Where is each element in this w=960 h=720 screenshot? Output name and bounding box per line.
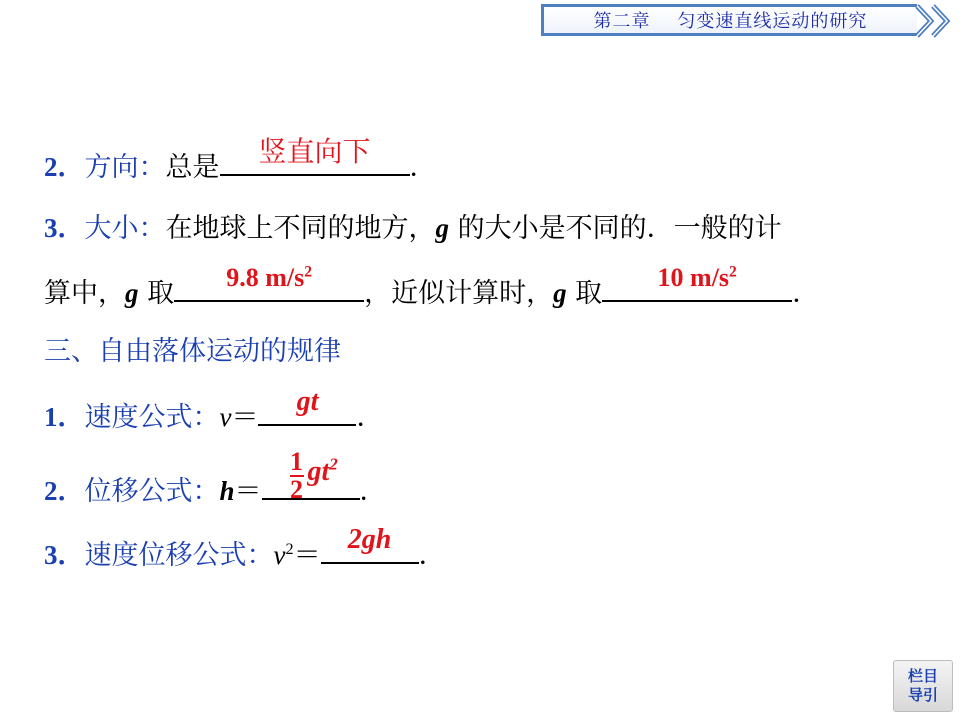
fraction-one-half: 12 <box>290 450 304 502</box>
answer-blank: 12gt2 <box>262 470 360 500</box>
item-number: 3． <box>44 540 85 570</box>
period: ． <box>410 152 437 183</box>
static-text: 在地球上不同的地方， <box>166 213 436 244</box>
answer-base: 9.8 m/s <box>226 263 304 292</box>
answer-text: 10 m/s2 <box>602 260 792 296</box>
section-nav-button[interactable]: 栏目 导引 <box>893 660 953 712</box>
symbol-g: g <box>125 278 139 308</box>
equals-sign: ＝ <box>294 540 321 571</box>
section-heading: 三、自由落体运动的规律 <box>44 334 341 370</box>
answer-blank: 竖直向下 <box>220 146 410 176</box>
chapter-header: 第二章 匀变速直线运动的研究 <box>541 4 917 36</box>
formula-velocity: 1．速度公式：v＝gt． <box>44 396 383 436</box>
answer-blank: gt <box>258 396 356 426</box>
item-label: 速度位移公式： <box>85 540 274 571</box>
answer-blank: 10 m/s2 <box>602 272 792 302</box>
exponent: 2 <box>285 540 293 558</box>
item-label: 速度公式： <box>85 402 220 433</box>
symbol-v: v <box>220 402 232 432</box>
symbol-g: g <box>553 278 567 308</box>
static-text: 算中， <box>44 278 125 309</box>
static-text: 的大小是不同的．一般的计 <box>449 213 782 244</box>
item-label: 大小： <box>85 213 166 244</box>
period: ． <box>356 402 383 433</box>
static-text: 总是 <box>166 152 220 183</box>
answer-text: 9.8 m/s2 <box>174 260 364 296</box>
item-label: 位移公式： <box>85 476 220 507</box>
answer-base: 10 m/s <box>658 263 730 292</box>
symbol-h: h <box>220 476 235 506</box>
answer-base: gt <box>308 456 330 487</box>
answer-blank: 9.8 m/s2 <box>174 272 364 302</box>
item-number: 2． <box>44 476 85 506</box>
answer-blank: 2gh <box>321 534 419 564</box>
answer-exponent: 2 <box>329 455 337 474</box>
period: ． <box>792 278 819 309</box>
double-chevron-right-icon <box>905 2 960 40</box>
answer-text: gt <box>258 384 356 420</box>
equals-sign: ＝ <box>231 402 258 433</box>
period: ． <box>360 476 387 507</box>
nav-button-line1: 栏目 <box>908 667 938 686</box>
answer-text: gt2 <box>308 454 338 490</box>
item-number: 1． <box>44 402 85 432</box>
symbol-v: v <box>274 540 286 570</box>
static-text: 取 <box>567 278 603 309</box>
formula-velocity-displacement: 3．速度位移公式：v2＝2gh． <box>44 534 446 574</box>
fraction-denominator: 2 <box>290 478 303 502</box>
chapter-title: 第二章 匀变速直线运动的研究 <box>594 7 868 33</box>
answer-exponent: 2 <box>304 263 312 280</box>
symbol-g: g <box>436 213 450 243</box>
answer-exponent: 2 <box>729 263 737 280</box>
nav-button-line2: 导引 <box>908 686 938 705</box>
formula-displacement: 2．位移公式：h＝12gt2． <box>44 470 387 510</box>
magnitude-line-1: 3．大小：在地球上不同的地方，g 的大小是不同的．一般的计 <box>44 210 782 247</box>
item-label: 方向： <box>85 152 166 183</box>
answer-text: 竖直向下 <box>220 134 410 170</box>
answer-text: 2gh <box>321 522 419 558</box>
equals-sign: ＝ <box>235 476 262 507</box>
item-number: 2． <box>44 152 85 182</box>
period: ． <box>419 540 446 571</box>
static-text: 取 <box>139 278 175 309</box>
fraction-numerator: 1 <box>290 450 303 474</box>
magnitude-line-2: 算中，g 取9.8 m/s2，近似计算时，g 取10 m/s2． <box>44 272 819 312</box>
static-text: ，近似计算时， <box>364 278 553 309</box>
direction-line: 2．方向：总是竖直向下． <box>44 146 437 186</box>
item-number: 3． <box>44 213 85 243</box>
